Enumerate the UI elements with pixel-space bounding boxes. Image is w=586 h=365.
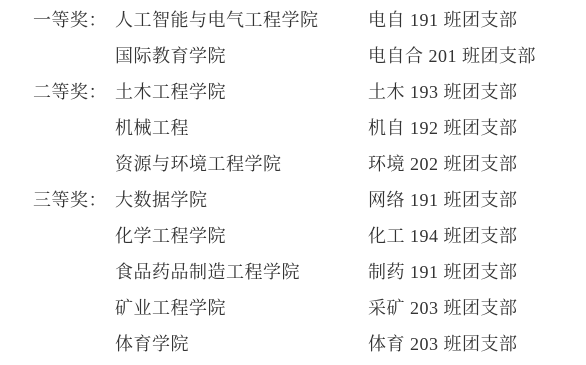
class-branch-name: 体育 203 班团支部 <box>368 330 576 356</box>
college-name: 资源与环境工程学院 <box>115 150 368 176</box>
class-branch-name: 环境 202 班团支部 <box>368 150 576 176</box>
award-tier-label: 二等奖： <box>33 78 115 104</box>
college-name: 人工智能与电气工程学院 <box>115 6 368 32</box>
college-name: 国际教育学院 <box>115 42 368 68</box>
table-row: 三等奖： 大数据学院 网络 191 班团支部 <box>33 181 576 217</box>
table-row: 矿业工程学院 采矿 203 班团支部 <box>33 289 576 325</box>
class-branch-name: 土木 193 班团支部 <box>368 78 576 104</box>
table-row: 国际教育学院 电自合 201 班团支部 <box>33 37 576 73</box>
college-name: 大数据学院 <box>115 186 368 212</box>
college-name: 土木工程学院 <box>115 78 368 104</box>
class-branch-name: 制药 191 班团支部 <box>368 258 576 284</box>
table-row: 资源与环境工程学院 环境 202 班团支部 <box>33 145 576 181</box>
award-tier-label: 三等奖： <box>33 186 115 212</box>
class-branch-name: 采矿 203 班团支部 <box>368 294 576 320</box>
table-row: 一等奖： 人工智能与电气工程学院 电自 191 班团支部 <box>33 1 576 37</box>
award-tier-label: 一等奖： <box>33 6 115 32</box>
college-name: 矿业工程学院 <box>115 294 368 320</box>
table-row: 二等奖： 土木工程学院 土木 193 班团支部 <box>33 73 576 109</box>
table-row: 化学工程学院 化工 194 班团支部 <box>33 217 576 253</box>
class-branch-name: 电自 191 班团支部 <box>368 6 576 32</box>
college-name: 机械工程 <box>115 114 368 140</box>
class-branch-name: 化工 194 班团支部 <box>368 222 576 248</box>
class-branch-name: 网络 191 班团支部 <box>368 186 576 212</box>
table-row: 食品药品制造工程学院 制药 191 班团支部 <box>33 253 576 289</box>
table-row: 机械工程 机自 192 班团支部 <box>33 109 576 145</box>
college-name: 食品药品制造工程学院 <box>115 258 368 284</box>
college-name: 化学工程学院 <box>115 222 368 248</box>
class-branch-name: 机自 192 班团支部 <box>368 114 576 140</box>
table-row: 体育学院 体育 203 班团支部 <box>33 325 576 361</box>
college-name: 体育学院 <box>115 330 368 356</box>
class-branch-name: 电自合 201 班团支部 <box>368 42 576 68</box>
award-list-document: 一等奖： 人工智能与电气工程学院 电自 191 班团支部 国际教育学院 电自合 … <box>0 0 586 365</box>
